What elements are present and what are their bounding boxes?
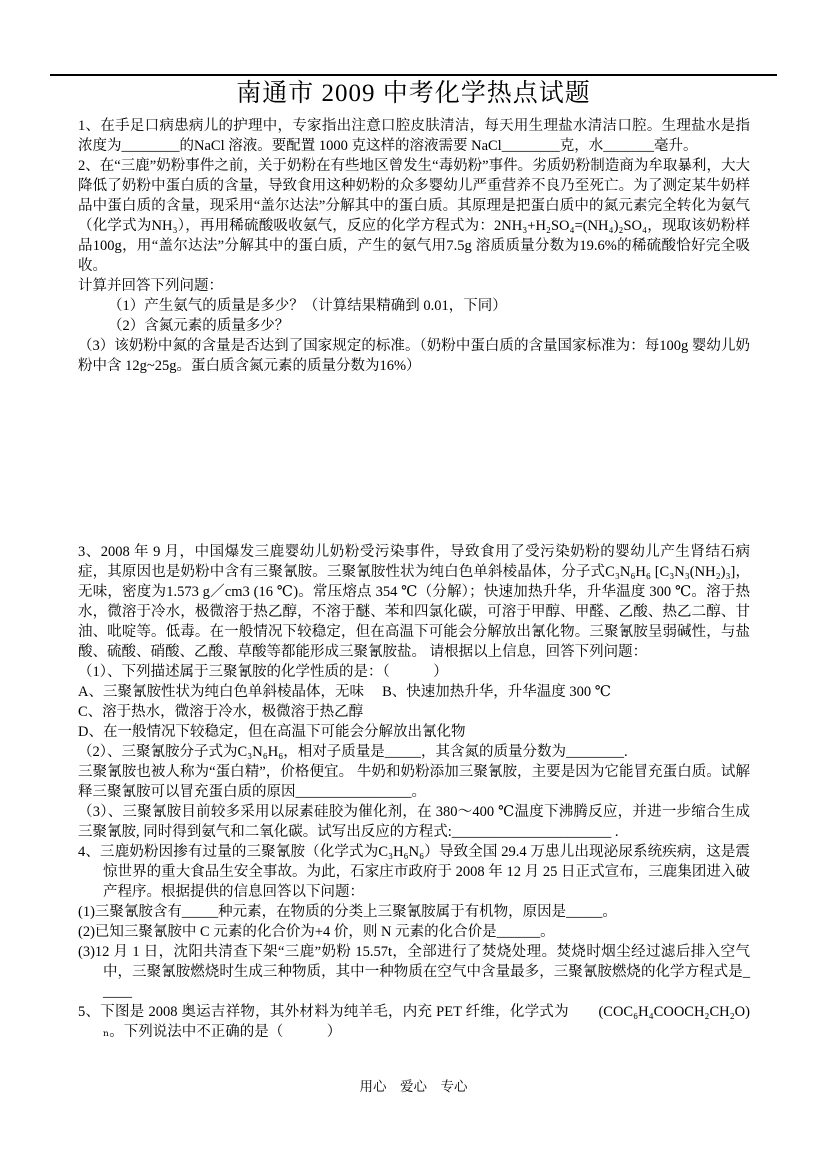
question-4-item-3: (3)12 月 1 日，沈阳共清查下架“三鹿”奶粉 15.57t，全部进行了焚烧… [78,942,750,1002]
question-2-item-2: （2）含氮元素的质量多少？ [78,316,750,336]
question-2-item-3: （3）该奶粉中氮的含量是否达到了国家规定的标准。（奶粉中蛋白质的含量国家标准为：… [78,336,750,376]
question-2-body: 2、在“三鹿”奶粉事件之前，关于奶粉在有些地区曾发生“毒奶粉”事件。劣质奶粉制造… [78,156,750,276]
answer-workspace [78,376,750,542]
question-1-text: 1、在手足口病患病儿的护理中，专家指出注意口腔皮肤清洁，每天用生理盐水清洁口腔。… [78,116,750,156]
question-3-options-a-b: A、三聚氰胺性状为纯白色单斜棱晶体，无味 B、快速加热升华，升华温度 300 ℃ [78,682,750,702]
question-4-item-1: (1)三聚氰胺含有_____种元素，在物质的分类上三聚氰胺属于有机物，原因是__… [78,902,750,922]
exam-document-page: 南通市 2009 中考化学热点试题 1、在手足口病患病儿的护理中，专家指出注意口… [0,0,827,1170]
question-3-option-d: D、在一般情况下较稳定，但在高温下可能会分解放出氰化物 [78,722,750,742]
question-3-body: 3、2008 年 9 月，中国爆发三鹿婴幼儿奶粉受污染事件，导致食用了受污染奶粉… [78,542,750,662]
question-4-body: 4、三鹿奶粉因掺有过量的三聚氰胺（化学式为C₃H₆N₆）导致全国 29.4 万患… [78,842,750,902]
question-4-item-2: (2)已知三聚氰胺中 C 元素的化合价为+4 价，则 N 元素的化合价是____… [78,922,750,942]
page-footer: 用心 爱心 专心 [0,1078,827,1096]
header-rule [50,74,777,76]
document-title: 南通市 2009 中考化学热点试题 [0,0,827,109]
question-3-option-c: C、溶于热水，微溶于冷水，极微溶于热乙醇 [78,702,750,722]
question-3-item-2-note: 三聚氰胺也被人称为“蛋白精”，价格便宜。 牛奶和奶粉添加三聚氰胺，主要是因为它能… [78,762,750,802]
question-3-item-3: （3）、三聚氰胺目前较多采用以尿素硅胶为催化剂，在 380～400 ℃温度下沸腾… [78,802,750,842]
document-body: 1、在手足口病患病儿的护理中，专家指出注意口腔皮肤清洁，每天用生理盐水清洁口腔。… [0,109,827,1042]
question-2-item-1: （1）产生氨气的质量是多少？（计算结果精确到 0.01，下同） [78,296,750,316]
question-5-text: 5、下图是 2008 奥运吉祥物，其外材料为纯羊毛，内充 PET 纤维，化学式为… [78,1002,750,1042]
question-2-prompt: 计算并回答下列问题： [78,276,750,296]
question-3-item-1: （1）、下列描述属于三聚氰胺的化学性质的是：（ ） [78,662,750,682]
question-3-item-2: （2）、三聚氰胺分子式为C₃N₆H₆，相对子质量是_____，其含氮的质量分数为… [78,742,750,762]
